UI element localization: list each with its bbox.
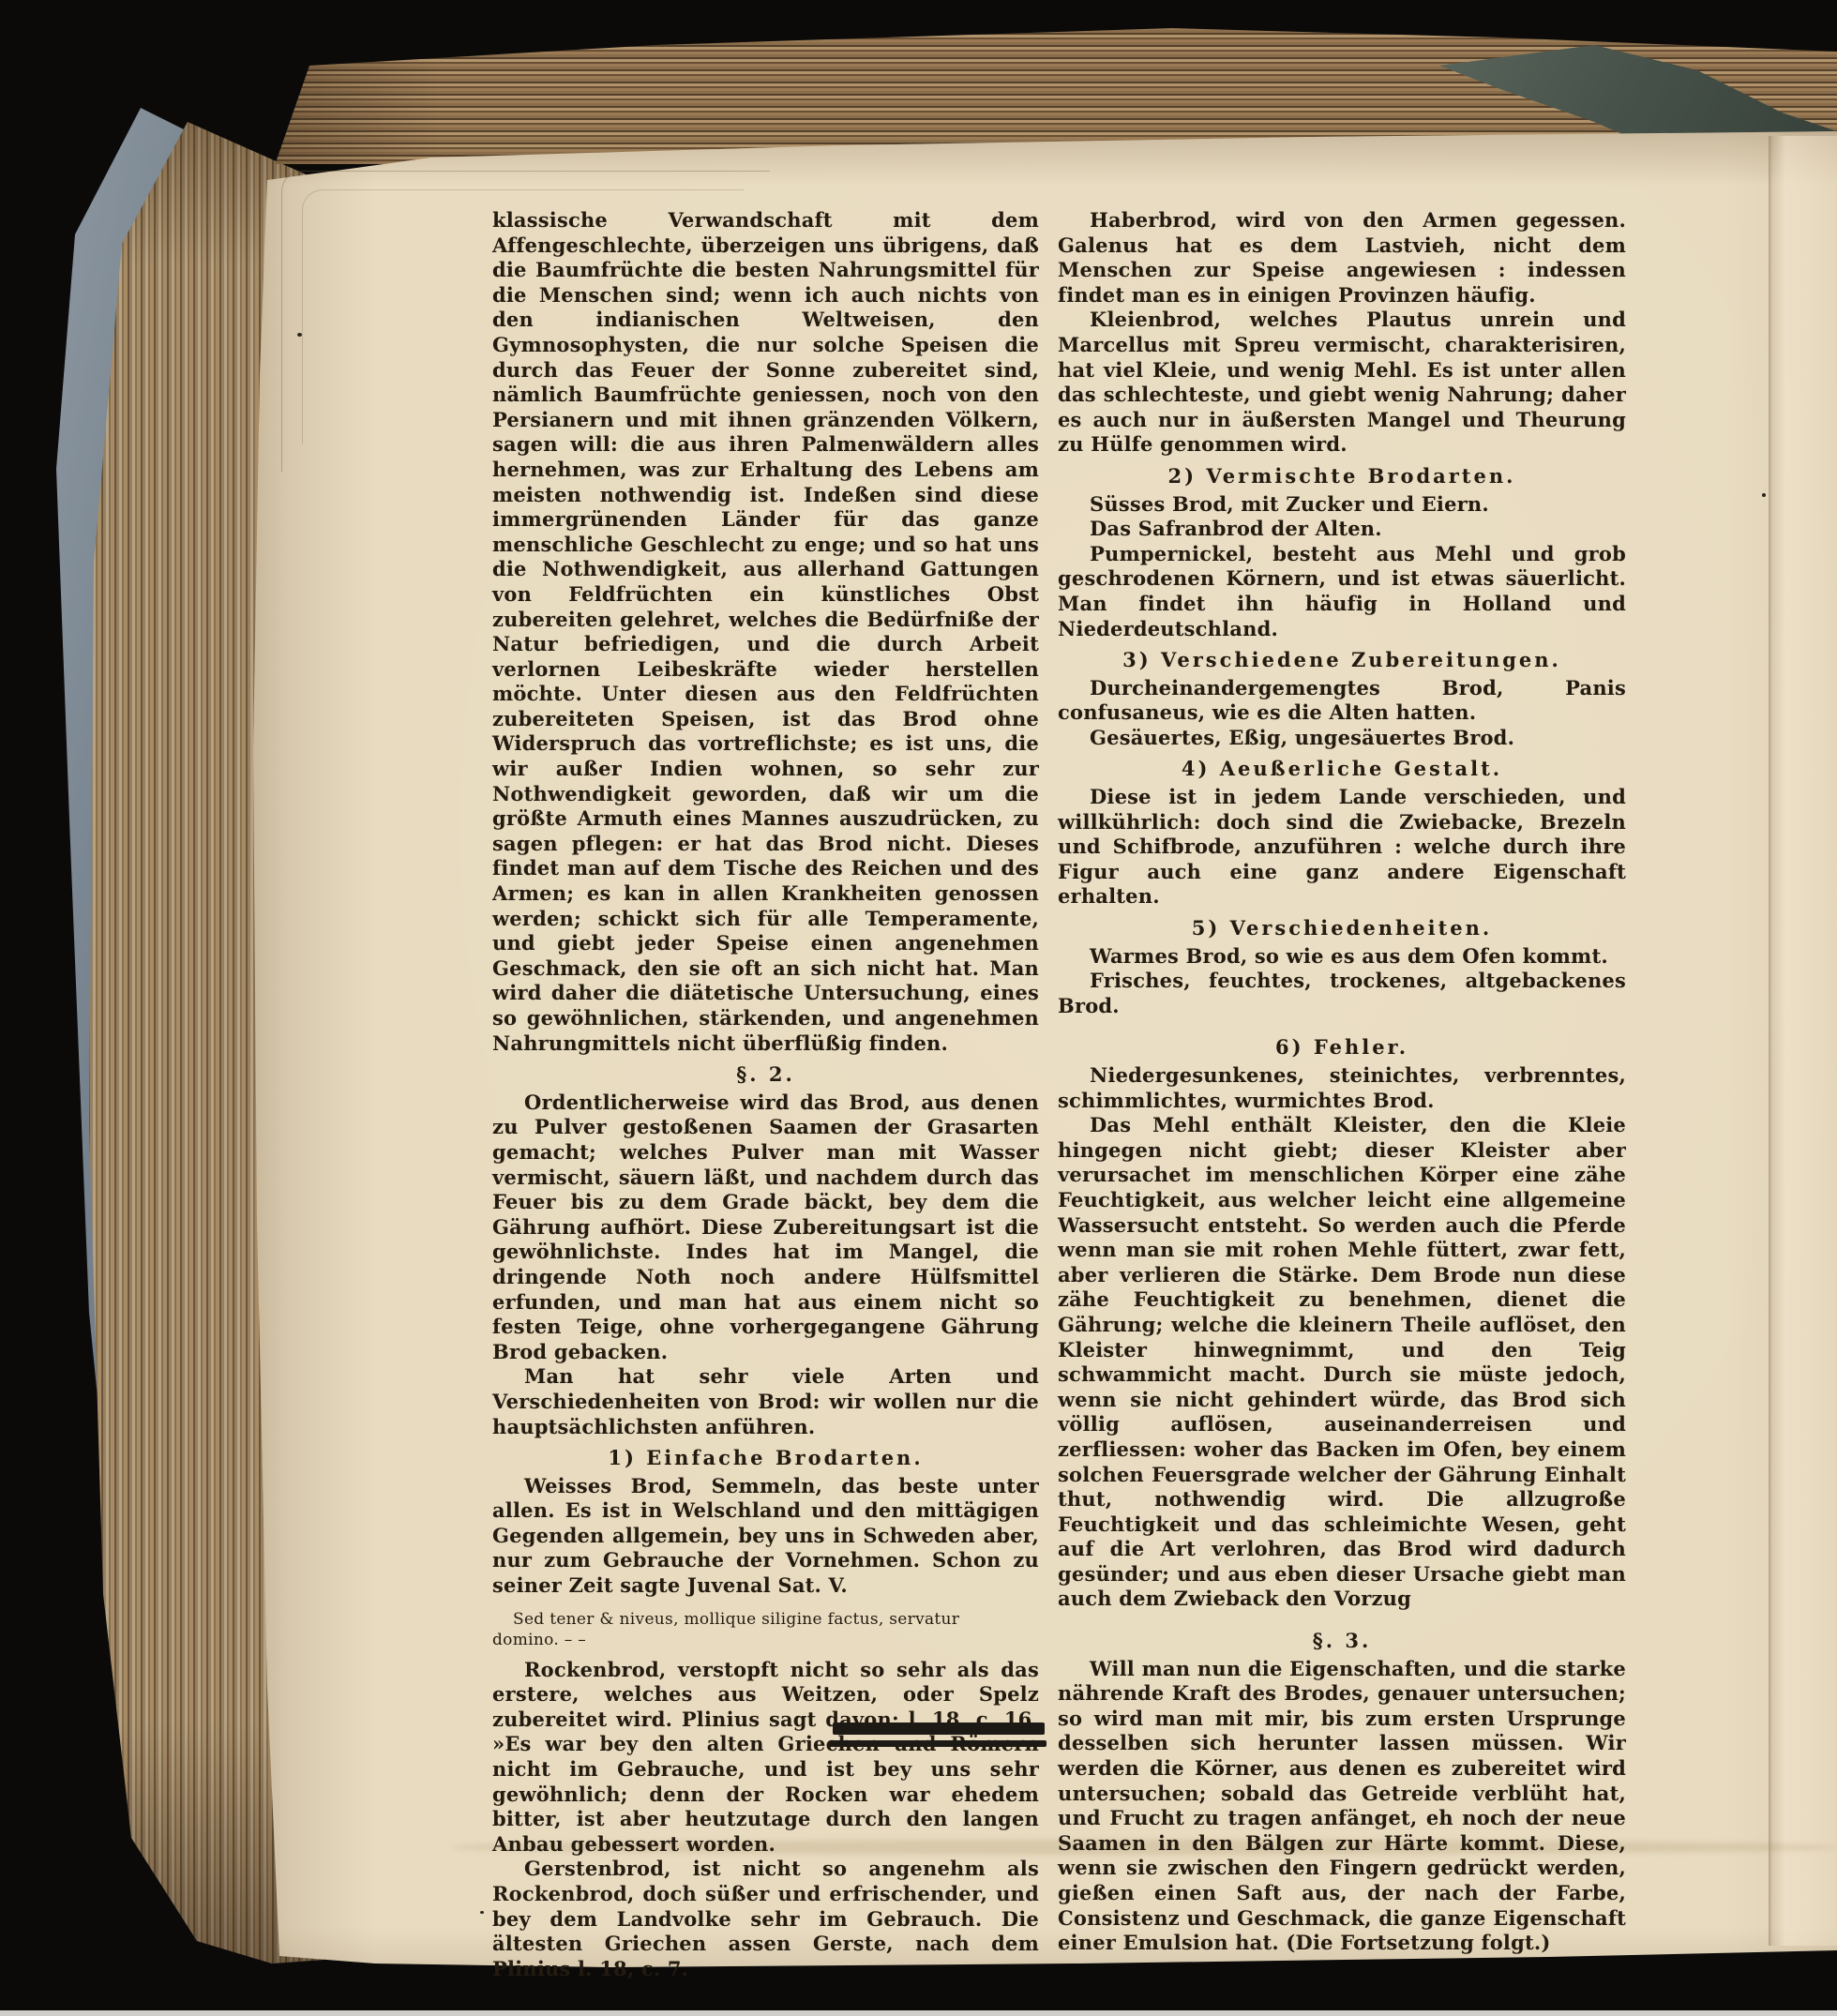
paragraph: klassische Verwandschaft mit dem Affenge… [492, 208, 1039, 1056]
section-heading: §. 2. [492, 1062, 1039, 1088]
article-end-rule-thin [829, 1740, 1046, 1747]
text-column-left: klassische Verwandschaft mit dem Affenge… [492, 208, 1039, 1981]
paper-speck [297, 333, 302, 337]
paragraph: Kleienbrod, welches Plautus unrein und M… [1058, 308, 1626, 458]
section-heading: 5) Verschiedenheiten. [1058, 916, 1626, 941]
paragraph: Das Mehl enthält Kleister, den die Kleie… [1058, 1113, 1626, 1612]
scanner-edge-strip [0, 2010, 1837, 2016]
paper-speck [1762, 493, 1766, 497]
paragraph: Weisses Brod, Semmeln, das beste unter a… [492, 1474, 1039, 1599]
text-column-right: Haberbrod, wird von den Armen gegessen. … [1058, 208, 1626, 1956]
paragraph: Pumpernickel, besteht aus Mehl und grob … [1058, 542, 1626, 641]
paragraph: Durcheinandergemengtes Brod, Panis confu… [1058, 676, 1626, 726]
latin-quote: Sed tener & niveus, mollique siligine fa… [492, 1609, 1039, 1651]
section-heading: 3) Verschiedene Zubereitungen. [1058, 648, 1626, 673]
section-heading: §. 3. [1058, 1629, 1626, 1654]
section-heading: 1) Einfache Brodarten. [492, 1446, 1039, 1471]
section-heading: 6) Fehler. [1058, 1035, 1626, 1061]
paragraph: Man hat sehr viele Arten und Verschieden… [492, 1364, 1039, 1439]
paragraph: Gerstenbrod, ist nicht so angenehm als R… [492, 1857, 1039, 1981]
paragraph: Warmes Brod, so wie es aus dem Ofen komm… [1058, 944, 1626, 970]
paragraph: Ordentlicherweise wird das Brod, aus den… [492, 1091, 1039, 1365]
article-end-rule-thick [833, 1723, 1045, 1735]
paragraph: Diese ist in jedem Lande verschieden, un… [1058, 785, 1626, 910]
paper-speck [480, 1911, 484, 1914]
section-heading: 4) Aeußerliche Gestalt. [1058, 757, 1626, 782]
paragraph: Haberbrod, wird von den Armen gegessen. … [1058, 208, 1626, 308]
paragraph: Süsses Brod, mit Zucker und Eiern. [1058, 492, 1626, 518]
section-heading: 2) Vermischte Brodarten. [1058, 464, 1626, 489]
page-crease [1769, 136, 1837, 1946]
paragraph: Gesäuertes, Eßig, ungesäuertes Brod. [1058, 726, 1626, 751]
paragraph: Das Safranbrod der Alten. [1058, 517, 1626, 542]
paragraph: Frisches, feuchtes, trockenes, altgeback… [1058, 969, 1626, 1018]
paragraph: Rockenbrod, verstopft nicht so sehr als … [492, 1658, 1039, 1858]
paragraph: Will man nun die Eigenschaften, und die … [1058, 1657, 1626, 1956]
paragraph: Niedergesunkenes, steinichtes, verbrennt… [1058, 1063, 1626, 1113]
